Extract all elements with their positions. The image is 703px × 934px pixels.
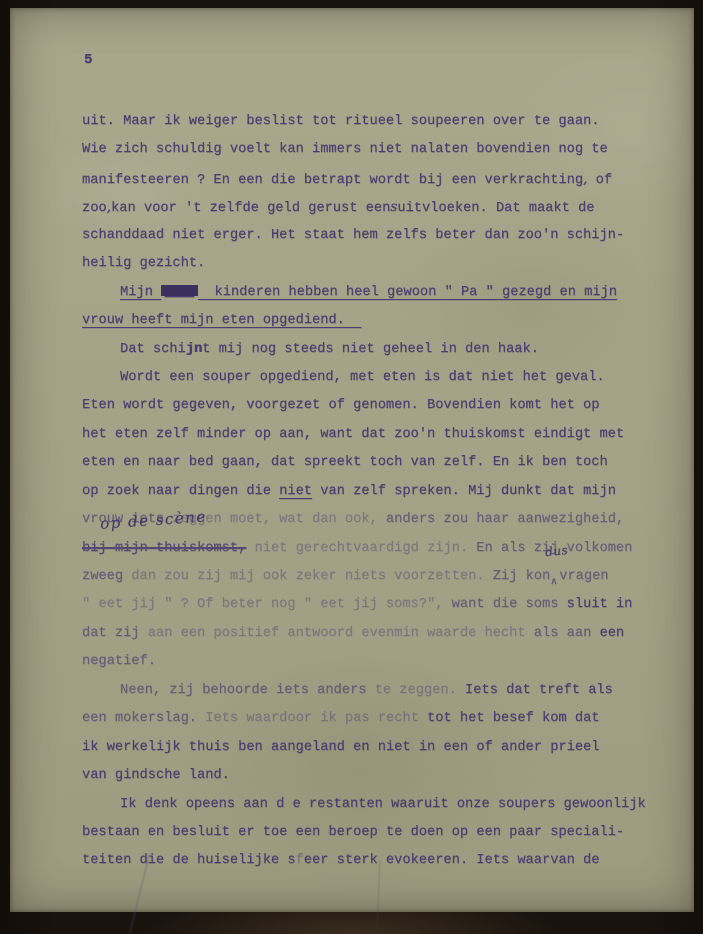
text-segment: manifesteeren ? En een die betrapt wordt… <box>82 173 583 188</box>
underlined-text: kinderen hebben heel gewoon " Pa " gezeg… <box>198 285 617 300</box>
text-segment: Zij kon <box>493 569 551 584</box>
text-segment: uitvloeken. Dat maakt de <box>397 201 594 216</box>
text-segment: eer sterk evokeeren. Iets waarvan de <box>304 853 600 868</box>
redacted-word <box>161 285 198 296</box>
text-segment: een mokerslag. <box>82 711 205 726</box>
text-line: Ik denk opeens aan d e restanten waaruit… <box>82 791 642 819</box>
text-segment: heilig gezicht. <box>82 256 205 271</box>
typescript-page: 5 uit. Maar ik weiger beslist tot rituee… <box>10 8 694 912</box>
underlined-text: Mijn <box>120 285 161 300</box>
text-segment: teiten die de huiselijke s <box>82 853 296 868</box>
text-segment: " eet jij " ? Of beter nog " eet jij som… <box>82 597 452 612</box>
photo-frame: 5 uit. Maar ik weiger beslist tot rituee… <box>0 0 703 934</box>
text-segment: Dat schi <box>120 342 186 357</box>
text-line: Mijn kinderen hebben heel gewoon " Pa " … <box>82 279 642 307</box>
text-line: een mokerslag. Iets waardoor ik pas rech… <box>82 705 642 733</box>
underlined-text: vrouw heeft mijn eten opgediend. <box>82 313 361 328</box>
text-line: teiten die de huiselijke sfeer sterk evo… <box>82 847 642 875</box>
text-segment: eten en naar bed gaan, dat spreekt toch … <box>82 455 608 470</box>
text-line: vrouw heeft mijn eten opgediend. <box>82 307 642 335</box>
text-segment: tot het besef kom dat <box>427 711 600 726</box>
underlined-text: niet <box>279 484 312 499</box>
text-segment: Iets dat treft als <box>465 683 613 698</box>
text-segment: op zoek naar dingen die <box>82 484 279 499</box>
text-line: schanddaad niet erger. Het staat hem zel… <box>82 222 642 250</box>
text-segment: schanddaad niet erger. Het staat hem zel… <box>82 228 624 243</box>
text-line: uit. Maar ik weiger beslist tot ritueel … <box>82 108 642 136</box>
text-block: uit. Maar ik weiger beslist tot ritueel … <box>82 108 642 876</box>
text-segment: als aan <box>534 626 600 641</box>
text-segment: niet gerechtvaardigd zijn. <box>255 541 477 556</box>
text-segment: want die soms <box>452 597 567 612</box>
text-segment: Ik denk opeens aan d e restanten waaruit… <box>120 797 646 812</box>
text-segment: Iets waardoor ik pas recht <box>205 711 427 726</box>
text-segment: bestaan en besluit er toe een beroep te … <box>82 825 624 840</box>
text-segment: of <box>587 173 612 188</box>
text-segment: Eten wordt gegeven, voorgezet of genomen… <box>82 398 599 413</box>
struck-text: bij mijn thuiskomst, <box>82 541 246 556</box>
text-segment: sluit in <box>567 597 633 612</box>
caret-mark: ∧ <box>550 569 559 597</box>
text-segment: te zeggen. <box>375 683 465 698</box>
text-segment: Wie zich schuldig voelt kan immers niet … <box>82 142 608 157</box>
text-line: bestaan en besluit er toe een beroep te … <box>82 819 642 847</box>
text-segment: Wordt een souper opgediend, met eten is … <box>120 370 605 385</box>
text-line: manifesteeren ? En een die betrapt wordt… <box>82 165 642 193</box>
text-segment: Neen, zij behoorde iets anders <box>120 683 375 698</box>
text-segment: van gindsche land. <box>82 768 230 783</box>
text-segment: f <box>296 853 304 868</box>
text-segment: van zelf spreken. Mij dunkt dat mijn <box>312 484 616 499</box>
text-segment: dan zou zij mij ook zeker niets voorzett… <box>131 569 492 584</box>
text-segment: een <box>600 626 625 641</box>
text-segment: uit. Maar ik weiger beslist tot ritueel … <box>82 114 599 129</box>
text-line: van gindsche land. <box>82 762 642 790</box>
page-number: 5 <box>84 52 92 68</box>
text-segment <box>246 541 254 556</box>
text-segment: het eten zelf minder op aan, want dat zo… <box>82 427 624 442</box>
text-line: Neen, zij behoorde iets anders te zeggen… <box>82 677 642 705</box>
text-segment: zweeg <box>82 569 131 584</box>
text-line: eten en naar bed gaan, dat spreekt toch … <box>82 449 642 477</box>
handwritten-annotation: dus <box>544 543 568 559</box>
text-segment: kan voor 't zelfde geld gerust een <box>111 201 390 216</box>
text-segment: t mij nog steeds niet geheel in den haak… <box>202 342 539 357</box>
text-line: zoo,kan voor 't zelfde geld gerust eensu… <box>82 193 642 221</box>
text-segment: vragen <box>559 569 608 584</box>
text-line: heilig gezicht. <box>82 250 642 278</box>
text-line: Wordt een souper opgediend, met eten is … <box>82 364 642 392</box>
text-line: Wie zich schuldig voelt kan immers niet … <box>82 136 642 164</box>
text-line: dat zij aan een positief antwoord evenmi… <box>82 620 642 648</box>
text-segment: anders zou haar aanwezigheid, <box>386 512 624 527</box>
text-line: Dat schijnt mij nog steeds niet geheel i… <box>82 336 642 364</box>
text-segment: ik werkelijk thuis ben aangeland en niet… <box>82 740 599 755</box>
text-segment: zoo <box>82 201 107 216</box>
text-segment: dat zij <box>82 626 148 641</box>
text-line: zweeg dan zou zij mij ook zeker niets vo… <box>82 563 642 591</box>
text-line: ik werkelijk thuis ben aangeland en niet… <box>82 734 642 762</box>
text-segment: negatief. <box>82 654 156 669</box>
text-line: het eten zelf minder op aan, want dat zo… <box>82 421 642 449</box>
text-segment: aan een positief antwoord evenmin waarde… <box>148 626 534 641</box>
text-line: op zoek naar dingen die niet van zelf sp… <box>82 478 642 506</box>
text-line: negatief. <box>82 648 642 676</box>
text-line: Eten wordt gegeven, voorgezet of genomen… <box>82 392 642 420</box>
text-segment: jn <box>186 342 202 357</box>
